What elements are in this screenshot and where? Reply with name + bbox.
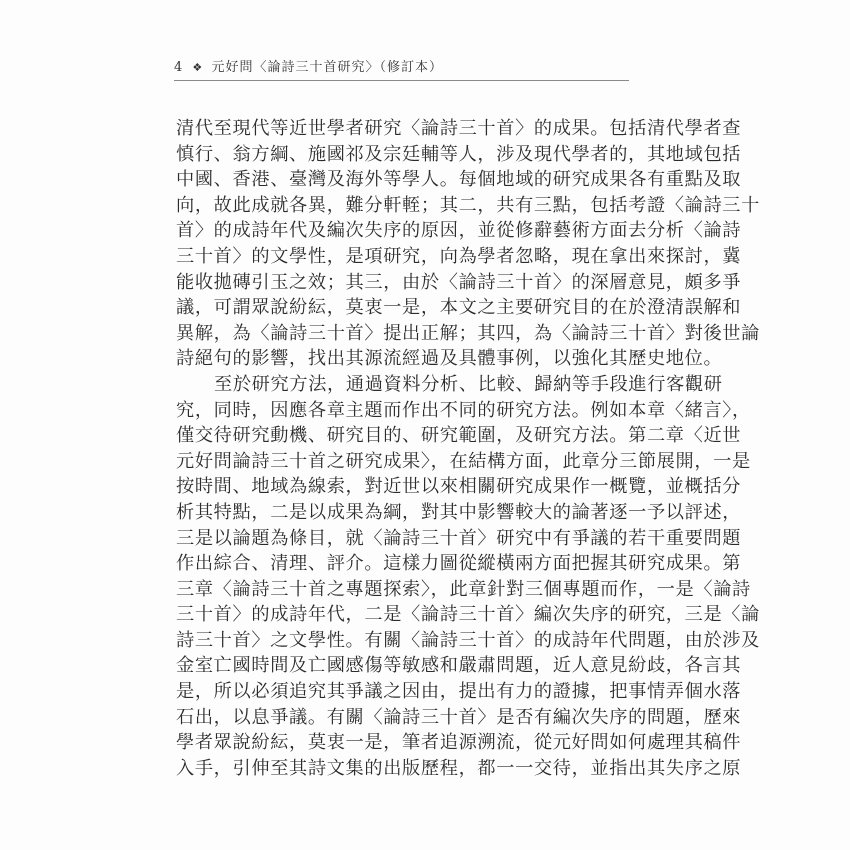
page-number: 4 [174, 60, 183, 75]
text-line: 清代至現代等近世學者研究〈論詩三十首〉的成果。包括清代學者查 [176, 116, 634, 142]
text-line: 金室亡國時間及亡國感傷等敏感和嚴肅問題，近人意見紛歧，各言其 [176, 653, 634, 679]
text-line: 是，所以必須追究其爭議之因由，提出有力的證據，把事情弄個水落 [176, 679, 634, 705]
text-line: 析其特點，二是以成果為綱，對其中影響較大的論著逐一予以評述， [176, 500, 634, 526]
text-line: 元好問論詩三十首之研究成果〉，在結構方面，此章分三節展開，一是 [176, 449, 634, 475]
book-page: 4 ❖ 元好問〈論詩三十首研究〉（修訂本） 清代至現代等近世學者研究〈論詩三十首… [0, 0, 850, 850]
text-line: 三是以論題為條目，就〈論詩三十首〉研究中有爭議的若干重要問題 [176, 526, 634, 552]
text-line: 議，可謂眾說紛紜，莫衷一是，本文之主要研究目的在於澄清誤解和 [176, 295, 634, 321]
text-line: 究，同時，因應各章主題而作出不同的研究方法。例如本章〈緒言〉， [176, 398, 634, 424]
text-line: 異解，為〈論詩三十首〉提出正解；其四，為〈論詩三十首〉對後世論 [176, 321, 634, 347]
text-line: 僅交待研究動機、研究目的、研究範圍，及研究方法。第二章〈近世 [176, 423, 634, 449]
text-line: 三章〈論詩三十首之專題探索〉，此章針對三個專題而作，一是〈論詩 [176, 577, 634, 603]
text-line: 中國、香港、臺灣及海外等學人。每個地域的研究成果各有重點及取 [176, 167, 634, 193]
text-line: 學者眾說紛紜，莫衷一是，筆者追源溯流，從元好問如何處理其稿件 [176, 730, 634, 756]
text-line: 作出綜合、清理、評介。這樣力圖從縱橫兩方面把握其研究成果。第 [176, 551, 634, 577]
body-text: 清代至現代等近世學者研究〈論詩三十首〉的成果。包括清代學者查 慎行、翁方綱、施國… [176, 116, 634, 781]
text-line: 按時間、地域為線索，對近世以來相關研究成果作一概覽，並概括分 [176, 474, 634, 500]
running-head: 4 ❖ 元好問〈論詩三十首研究〉（修訂本） [174, 58, 629, 81]
text-line: 向，故此成就各異，難分軒輊；其二，共有三點，包括考證〈論詩三十 [176, 193, 634, 219]
text-line: 石出，以息爭議。有關〈論詩三十首〉是否有編次失序的問題，歷來 [176, 705, 634, 731]
text-line: 三十首〉的成詩年代，二是〈論詩三十首〉編次失序的研究，三是〈論 [176, 602, 634, 628]
text-line: 首〉的成詩年代及編次失序的原因，並從修辭藝術方面去分析〈論詩 [176, 218, 634, 244]
text-line: 詩三十首〉之文學性。有關〈論詩三十首〉的成詩年代問題，由於涉及 [176, 628, 634, 654]
text-line: 詩絕句的影響，找出其源流經過及具體事例，以強化其歷史地位。 [176, 346, 634, 372]
text-line: 慎行、翁方綱、施國祁及宗廷輔等人，涉及現代學者的，其地域包括 [176, 142, 634, 168]
text-line: 能收拋磚引玉之效；其三，由於〈論詩三十首〉的深層意見，頗多爭 [176, 270, 634, 296]
running-head-title: 元好問〈論詩三十首研究〉（修訂本） [211, 60, 443, 75]
text-line: 入手，引伸至其詩文集的出版歷程，都一一交待，並指出其失序之原 [176, 756, 634, 782]
text-line: 三十首〉的文學性，是項研究，向為學者忽略，現在拿出來探討，冀 [176, 244, 634, 270]
ornament-icon: ❖ [192, 61, 203, 74]
paragraph-start-line: 至於研究方法，通過資料分析、比較、歸納等手段進行客觀研 [176, 372, 634, 398]
